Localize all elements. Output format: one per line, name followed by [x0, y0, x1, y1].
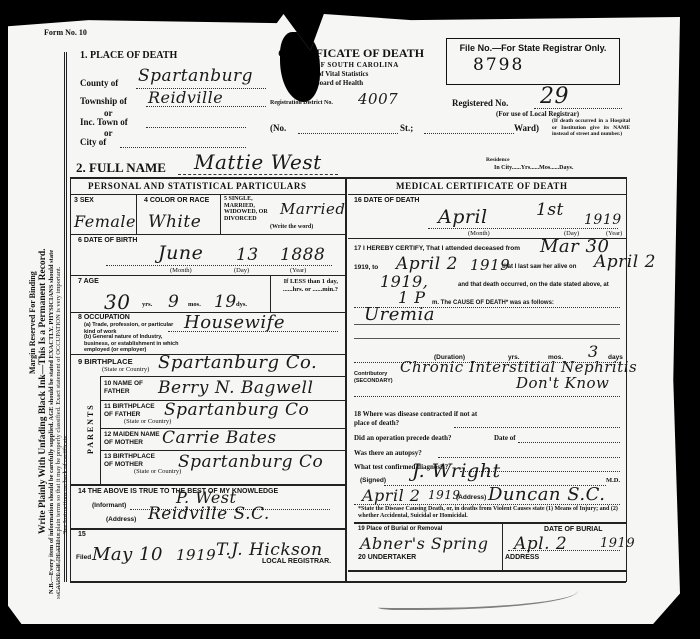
- dod-year: 1919: [584, 212, 622, 228]
- occupation-value: Housewife: [184, 312, 285, 333]
- death-certificate: Form No. 10 Margin Reserved For Binding …: [8, 14, 680, 624]
- last-saw-value: April 2: [594, 252, 656, 272]
- age-days: 19: [214, 292, 237, 312]
- dod-day: 1st: [536, 200, 564, 220]
- district-label: Registration District No.: [270, 100, 333, 106]
- dys-caption: dys.: [236, 301, 247, 308]
- full-name-value: Mattie West: [194, 150, 322, 174]
- local-registrar-label: LOCAL REGISTRAR.: [262, 558, 331, 565]
- birthplace-label: 9 BIRTHPLACE: [78, 357, 133, 366]
- town-label: Inc. Town of: [80, 117, 128, 127]
- county-label: County of: [80, 78, 118, 88]
- nb-note-line3: See Instructions on back of certificate.: [62, 434, 69, 534]
- occupation-label: 8 OCCUPATION: [78, 314, 130, 321]
- attended-from-year: 1919, to: [354, 264, 378, 271]
- age-months: 9: [168, 292, 179, 312]
- marital-value: Married: [280, 200, 345, 218]
- county-value: Spartanburg: [138, 66, 253, 86]
- township-value: Reidville: [148, 88, 223, 107]
- marital-note: (Write the word): [270, 224, 313, 230]
- father-label: 10 NAME OF FATHER: [104, 380, 154, 395]
- mother-label: 12 MAIDEN NAME OF MOTHER: [104, 431, 164, 446]
- last-saw-label: that I last saw her alive on: [502, 264, 576, 270]
- dob-label: 6 DATE OF BIRTH: [78, 237, 137, 244]
- undertaker-label: 20 UNDERTAKER: [358, 554, 416, 561]
- mother-value: Carrie Bates: [162, 428, 277, 448]
- column-divider: [345, 177, 347, 582]
- dod-month: April: [438, 206, 488, 228]
- district-value: 4007: [358, 90, 398, 108]
- signed-label: (Signed): [360, 477, 386, 484]
- yrs-caption: yrs.: [142, 301, 152, 308]
- race-value: White: [148, 212, 201, 232]
- margin-reserved-note: Margin Reserved For Binding: [28, 271, 37, 374]
- printer-note: McCaw of Columbia, Columbia S. C.: [56, 531, 61, 599]
- burial-date-label: DATE OF BURIAL: [544, 526, 603, 533]
- burial-year: 1919: [600, 536, 635, 551]
- file-number-box: File No.—For State Registrar Only. 8798: [446, 38, 620, 85]
- full-name-label: 2. FULL NAME: [76, 160, 166, 176]
- month-caption: (Month): [170, 267, 192, 274]
- file-number-label: File No.—For State Registrar Only.: [447, 43, 619, 53]
- father-birthplace-label: 11 BIRTHPLACE OF FATHER: [104, 403, 164, 418]
- place-of-death-heading: 1. PLACE OF DEATH: [80, 50, 177, 61]
- certify-label: 17 I HEREBY CERTIFY, That I attended dec…: [354, 245, 520, 252]
- physician-signature: J. Wright: [412, 460, 501, 482]
- operation-date-label: Date of: [494, 434, 516, 442]
- year-caption: (Year): [290, 267, 306, 274]
- father-birthplace-value: Spartanburg Co: [164, 400, 309, 420]
- race-label: 4 COLOR OR RACE: [144, 197, 209, 204]
- filed-label: Filed: [76, 554, 91, 561]
- dod-label: 16 DATE OF DEATH: [354, 197, 419, 204]
- mother-birthplace-label: 13 BIRTHPLACE OF MOTHER: [104, 453, 164, 468]
- bleed-through-mark: [378, 586, 578, 610]
- filed-year: 1919: [176, 546, 216, 564]
- autopsy-label: Was there an autopsy?: [354, 449, 422, 457]
- burial-date-value: Apl. 2: [514, 534, 567, 554]
- occupation-b-label: (b) General nature of Industry, business…: [84, 334, 184, 354]
- mother-birthplace-caption: (State or Country): [134, 468, 181, 475]
- dod-month-caption: (Month): [468, 230, 490, 237]
- form-number: Form No. 10: [44, 28, 87, 37]
- mother-birthplace-value: Spartanburg Co: [178, 452, 323, 472]
- personal-heading: PERSONAL AND STATISTICAL PARTICULARS: [88, 181, 307, 191]
- filed-date: May 10: [92, 544, 163, 565]
- where-contracted-label: 18 Where was disease contracted if not a…: [354, 410, 494, 428]
- footnote: *State the Disease Causing Death, or, in…: [358, 506, 620, 520]
- undertaker-address-label: ADDRESS: [505, 554, 539, 561]
- dob-year: 1888: [280, 245, 325, 265]
- ward-label: Ward): [514, 123, 539, 133]
- physician-address-label: (Address): [456, 494, 486, 501]
- burial-place-value: Abner's Spring: [360, 534, 488, 553]
- informant-address-value: Reidville S.C.: [148, 504, 270, 524]
- residence-fields: In City......Yrs......Mos......Days.: [494, 165, 573, 171]
- write-plainly-note: Write Plainly With Unfading Black Ink—Th…: [38, 248, 48, 534]
- day-caption: (Day): [234, 267, 249, 274]
- attended-to: April 2: [396, 254, 458, 274]
- township-label: Township of: [80, 96, 127, 106]
- registered-value: 29: [540, 84, 569, 109]
- cause-value: Uremia: [364, 304, 435, 325]
- medical-heading: MEDICAL CERTIFICATE OF DEATH: [396, 181, 568, 191]
- burial-place-label: 19 Place of Burial or Removal: [358, 526, 442, 532]
- informant-label: (Informant): [92, 502, 126, 509]
- st-label: St.;: [400, 123, 413, 133]
- age-years: 30: [104, 290, 130, 314]
- cause-label: m. The CAUSE OF DEATH* was as follows:: [432, 300, 554, 306]
- mos-caption: mos.: [188, 301, 201, 308]
- father-value: Berry N. Bagwell: [158, 378, 313, 398]
- sex-value: Female: [74, 212, 136, 231]
- informant-address-label: (Address): [106, 516, 136, 523]
- registrar-note: (For use of Local Registrar): [496, 110, 579, 118]
- parents-label: PARENTS: [86, 403, 95, 454]
- death-occurred-label: and that death occurred, on the date sta…: [458, 282, 609, 288]
- signed-date: April 2: [362, 486, 420, 505]
- birthplace-value: Spartanburg Co.: [158, 352, 317, 373]
- contributory-label: Contributory (SECONDARY): [354, 371, 394, 384]
- operation-label: Did an operation precede death?: [354, 434, 451, 442]
- filed-number: 15: [78, 531, 86, 538]
- age-label: 7 AGE: [78, 278, 99, 285]
- sex-label: 3 SEX: [74, 197, 94, 204]
- no-label: (No.: [270, 123, 286, 133]
- registrar-signature: T.J. Hickson: [216, 540, 323, 560]
- dob-month: June: [158, 242, 203, 264]
- residence-label: Residence: [486, 157, 510, 163]
- physician-address-value: Duncan S.C.: [488, 484, 606, 505]
- marital-label: 5 SINGLE, MARRIED, WIDOWED, OR DIVORCED: [224, 196, 278, 222]
- nb-note-line1: N.B.—Every item of information should be…: [48, 250, 55, 594]
- file-number-value: 8798: [473, 55, 619, 75]
- birthplace-caption: (State or Country): [102, 366, 149, 373]
- city-label: City of: [80, 137, 106, 147]
- hospital-note: (If death occurred in a Hospital or Inst…: [552, 118, 630, 138]
- registered-label: Registered No.: [452, 98, 508, 108]
- less-than-day-note: If LESS than 1 day, ......hrs. or ......…: [278, 278, 338, 294]
- paper-tear: [280, 32, 320, 102]
- contributory-duration: Don't Know: [516, 374, 609, 392]
- md-label: M.D.: [606, 477, 620, 484]
- dob-day: 13: [236, 245, 259, 265]
